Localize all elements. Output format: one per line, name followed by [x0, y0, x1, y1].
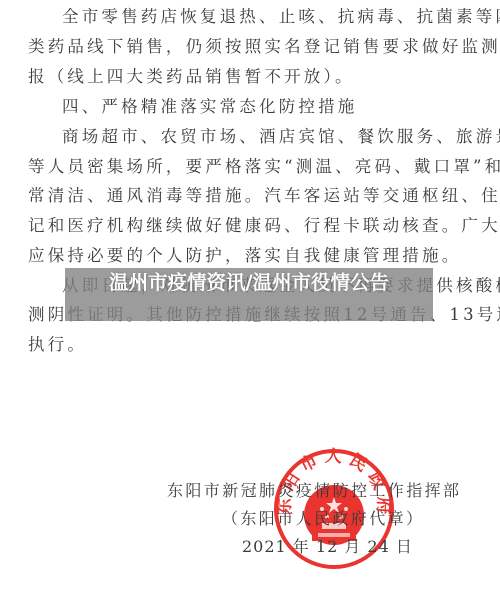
text-line: 常清洁、通风消毒等措施。汽车客运站等交通枢纽、住宿登 [28, 186, 478, 206]
issuer-name: 东阳市新冠肺炎疫情防控工作指挥部 [167, 478, 461, 501]
section-heading: 四、严格精准落实常态化防控措施 [62, 97, 500, 117]
seal-note: （东阳市人民政府代章） [222, 506, 424, 529]
text-line: 全市零售药店恢复退热、止咳、抗病毒、抗菌素等四大 [62, 7, 500, 27]
text-line: 报（线上四大类药品销售暂不开放）。 [28, 67, 478, 87]
text-line: 执行。 [28, 335, 478, 355]
text-line: 记和医疗机构继续做好健康码、行程卡联动核查。广大市民 [28, 216, 478, 236]
overlay-title[interactable]: 温州市疫情资讯/温州市役情公告 [65, 268, 433, 295]
text-line: 类药品线下销售，仍须按照实名登记销售要求做好监测和上 [28, 37, 478, 57]
text-line: 等人员密集场所，要严格落实“测温、亮码、戴口罩”和日 [28, 157, 478, 177]
text-line: 应保持必要的个人防护，落实自我健康管理措施。 [28, 246, 478, 266]
text-line: 商场超市、农贸市场、酒店宾馆、餐饮服务、旅游景区 [62, 127, 500, 147]
issue-date: 2021 年 12 月 24 日 [242, 534, 413, 557]
